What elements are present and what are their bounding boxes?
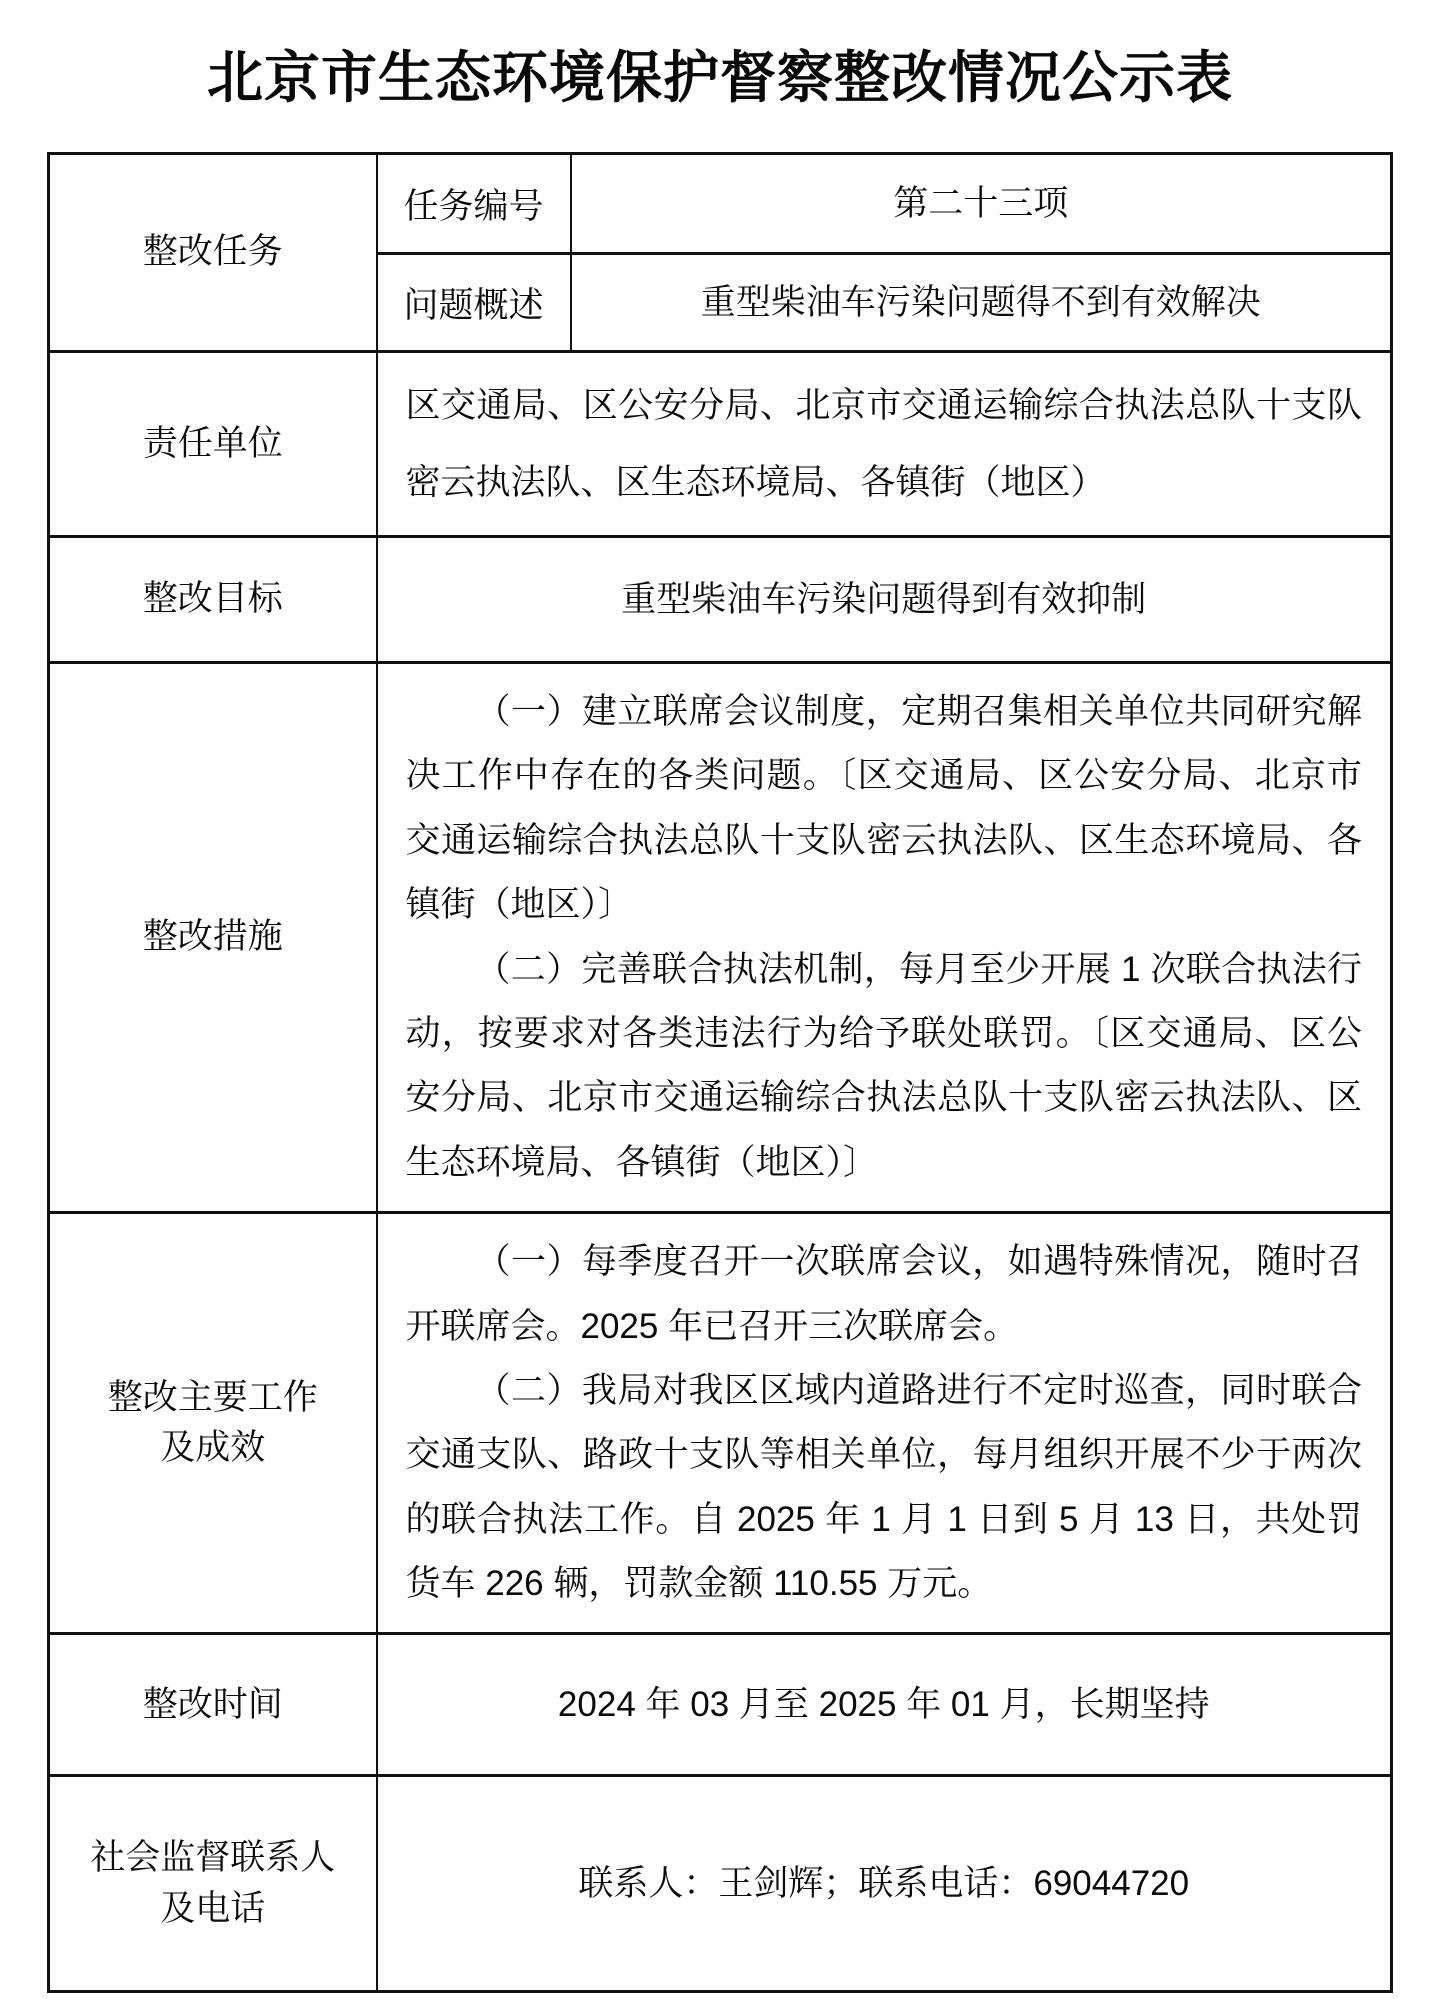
cell-task-number-label: 任务编号 [377,154,571,254]
row-time: 整改时间 2024 年 03 月至 2025 年 01 月，长期坚持 [49,1634,1392,1776]
row-contact: 社会监督联系人 及电话 联系人：王剑辉；联系电话：69044720 [49,1776,1392,1992]
row-measures: 整改措施 （一）建立联席会议制度，定期召集相关单位共同研究解决工作中存在的各类问… [49,663,1392,1213]
cell-responsible-value: 区交通局、区公安分局、北京市交通运输综合执法总队十支队密云执法队、区生态环境局、… [377,352,1392,537]
row-task-number: 整改任务 任务编号 第二十三项 [49,154,1392,254]
cell-responsible-label: 责任单位 [49,352,377,537]
works-paragraph-1: （一）每季度召开一次联席会议，如遇特殊情况，随时召开联席会。2025 年已召开三… [406,1230,1363,1359]
row-main-works: 整改主要工作 及成效 （一）每季度召开一次联席会议，如遇特殊情况，随时召开联席会… [49,1213,1392,1634]
cell-time-value: 2024 年 03 月至 2025 年 01 月，长期坚持 [377,1634,1392,1776]
cell-goal-value: 重型柴油车污染问题得到有效抑制 [377,537,1392,663]
cell-task-number-value: 第二十三项 [571,154,1392,254]
cell-contact-label: 社会监督联系人 及电话 [49,1776,377,1992]
measures-paragraph-1: （一）建立联席会议制度，定期召集相关单位共同研究解决工作中存在的各类问题。〔区交… [406,680,1363,938]
cell-problem-summary-label: 问题概述 [377,254,571,352]
cell-works-label: 整改主要工作 及成效 [49,1213,377,1634]
cell-task-label: 整改任务 [49,154,377,352]
cell-contact-value: 联系人：王剑辉；联系电话：69044720 [377,1776,1392,1992]
measures-paragraph-2: （二）完善联合执法机制，每月至少开展 1 次联合执法行动，按要求对各类违法行为给… [406,938,1363,1196]
row-goal: 整改目标 重型柴油车污染问题得到有效抑制 [49,537,1392,663]
notice-page: 北京市生态环境保护督察整改情况公示表 整改任务 任务编号 第二十三项 问题概述 … [0,0,1440,2008]
cell-time-label: 整改时间 [49,1634,377,1776]
cell-problem-summary-value: 重型柴油车污染问题得不到有效解决 [571,254,1392,352]
cell-measures-label: 整改措施 [49,663,377,1213]
rectification-table: 整改任务 任务编号 第二十三项 问题概述 重型柴油车污染问题得不到有效解决 责任… [47,152,1393,1993]
row-responsible-unit: 责任单位 区交通局、区公安分局、北京市交通运输综合执法总队十支队密云执法队、区生… [49,352,1392,537]
cell-goal-label: 整改目标 [49,537,377,663]
cell-measures-value: （一）建立联席会议制度，定期召集相关单位共同研究解决工作中存在的各类问题。〔区交… [377,663,1392,1213]
cell-works-value: （一）每季度召开一次联席会议，如遇特殊情况，随时召开联席会。2025 年已召开三… [377,1213,1392,1634]
page-title: 北京市生态环境保护督察整改情况公示表 [0,0,1440,114]
works-paragraph-2: （二）我局对我区区域内道路进行不定时巡查，同时联合交通支队、路政十支队等相关单位… [406,1359,1363,1617]
